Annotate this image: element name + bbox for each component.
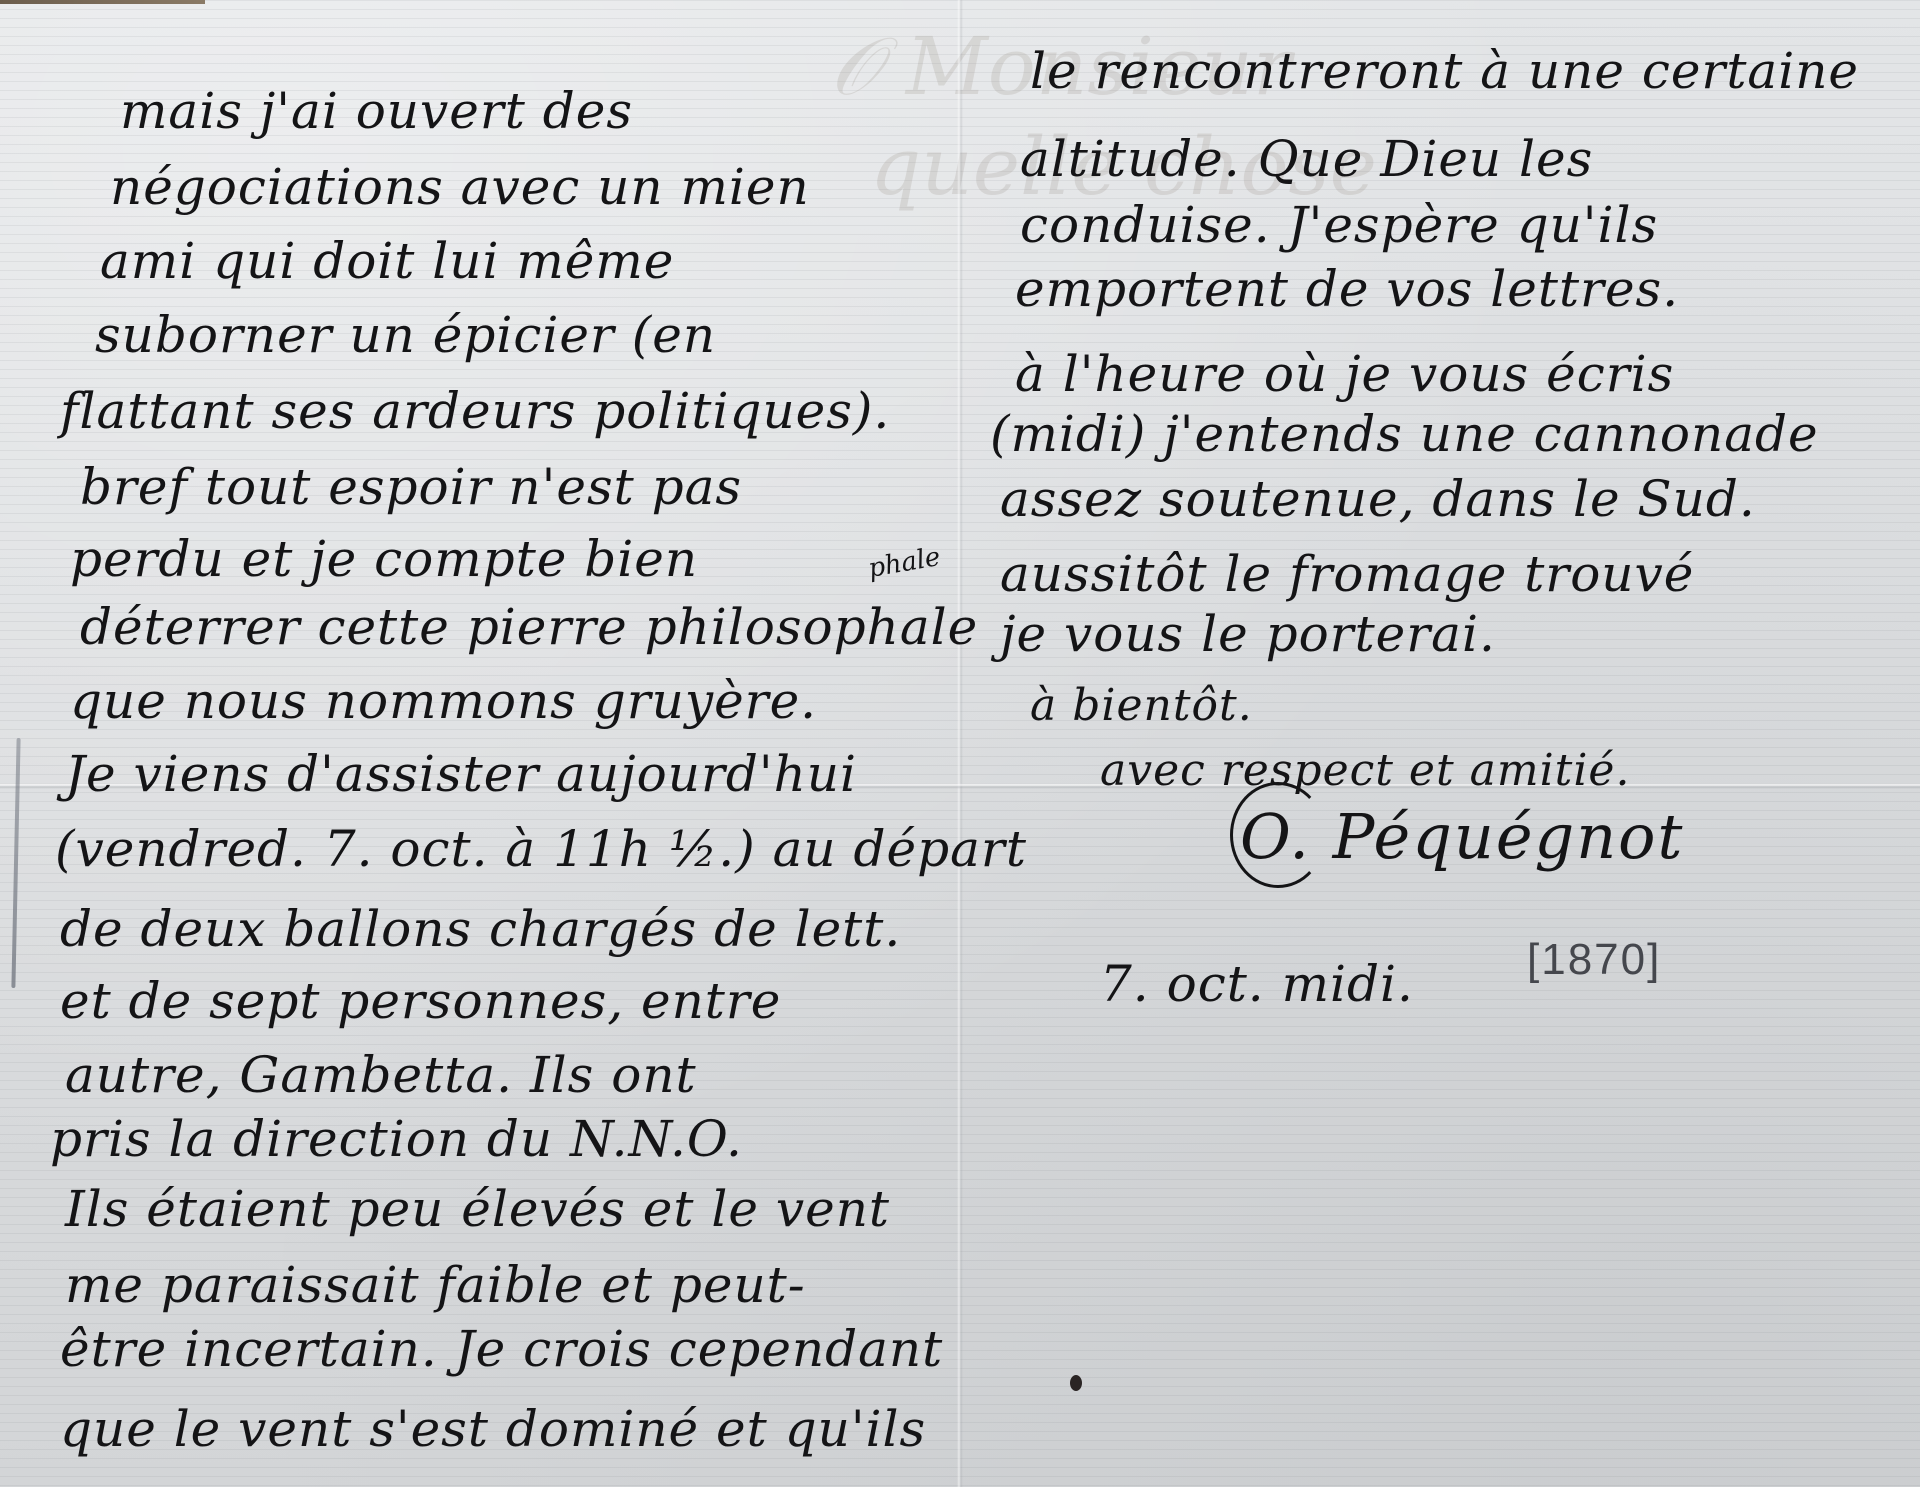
letter-line: perdu et je compte bien [70,530,698,588]
letter-line: assez soutenue, dans le Sud. [1000,470,1756,528]
letter-line: le rencontreront à une certaine [1030,42,1859,100]
signature-flourish [1230,782,1326,888]
letter-line: déterrer cette pierre philosophale [80,598,978,656]
signature: O. Péquégnot [1240,800,1684,873]
letter-line: négociations avec un mien [110,158,810,216]
letter-line: que le vent s'est dominé et qu'ils [60,1400,926,1458]
closing-line: avec respect et amitié. [1100,745,1630,796]
ink-spot [1070,1375,1082,1391]
letter-line: je vous le porterai. [1000,605,1496,663]
letter-line: suborner un épicier (en [95,306,716,364]
vertical-fold [957,0,963,1487]
closing-line: à bientôt. [1030,680,1253,731]
letter-sheet: 𝒪 Monsieur quelle chose mais j'ai ouvert… [0,0,1920,1487]
letter-line: pris la direction du N.N.O. [50,1110,743,1168]
letter-line: mais j'ai ouvert des [120,82,633,140]
letter-line: à l'heure où je vous écris [1015,345,1674,403]
letter-line: Ils étaient peu élevés et le vent [65,1180,890,1238]
letter-line: ami qui doit lui même [100,232,674,290]
letter-line: emportent de vos lettres. [1015,260,1679,318]
correction-superscript: phale [866,542,943,584]
letter-line: être incertain. Je crois cependant [60,1320,943,1378]
letter-line: autre, Gambetta. Ils ont [65,1046,697,1104]
letter-line: bref tout espoir n'est pas [80,458,742,516]
letter-line: Je viens d'assister aujourd'hui [65,745,857,803]
background-edge [0,0,205,4]
letter-line: et de sept personnes, entre [60,972,781,1030]
letter-line: de deux ballons chargés de lett. [60,900,901,958]
date-line: 7. oct. midi. [1100,955,1414,1013]
letter-line: (vendred. 7. oct. à 11h ½.) au départ [55,820,1027,878]
pencil-margin-mark [11,738,20,988]
letter-line: conduise. J'espère qu'ils [1020,196,1658,254]
letter-line: flattant ses ardeurs politiques). [60,382,890,440]
letter-line: que nous nommons gruyère. [70,672,817,730]
letter-line: me paraissait faible et peut- [65,1256,806,1314]
letter-line: aussitôt le fromage trouvé [1000,545,1694,603]
letter-line: altitude. Que Dieu les [1020,130,1593,188]
archival-date-annotation: [1870] [1527,935,1661,985]
letter-line: (midi) j'entends une cannonade [990,405,1819,463]
